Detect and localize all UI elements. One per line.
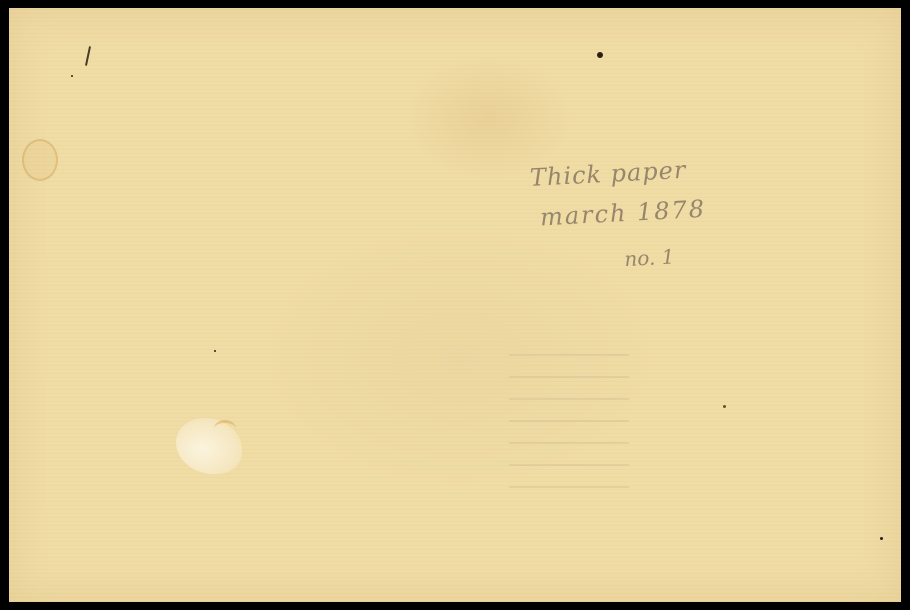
speck: [880, 537, 883, 540]
speck: [723, 405, 726, 408]
note-line-3: no. 1: [624, 247, 675, 270]
ink-dot: [597, 52, 603, 58]
note-line-1: Thick paper: [529, 158, 687, 190]
white-stain: [176, 418, 242, 474]
speck: [71, 75, 73, 77]
ring-stain: [22, 139, 58, 181]
speck: [214, 350, 216, 352]
handwritten-note: Thick paper march 1878 no. 1: [523, 150, 763, 163]
paper-sheet: Thick paper march 1878 no. 1: [9, 8, 901, 602]
note-line-2: march 1878: [539, 197, 706, 230]
pencil-tick-mark: [85, 46, 91, 66]
show-through-text: [509, 348, 629, 488]
